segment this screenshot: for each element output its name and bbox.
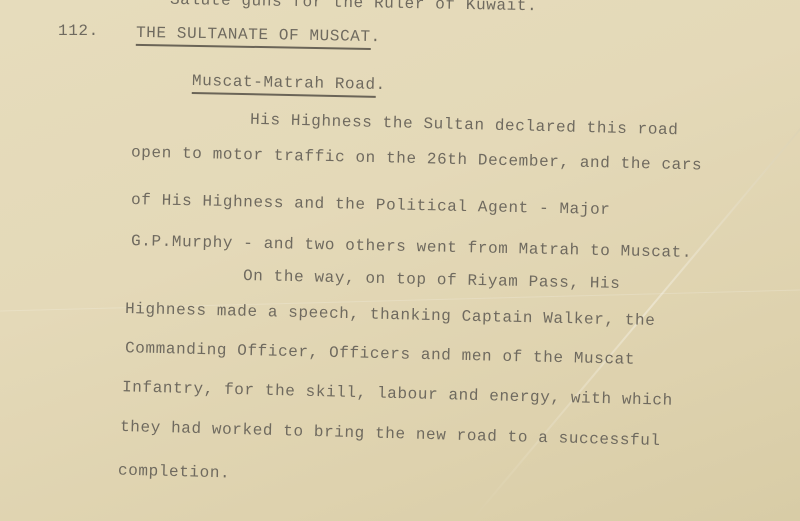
subheading: Muscat-Matrah Road. [192,72,386,94]
paragraph-2-line: Infantry, for the skill, labour and ener… [122,378,673,409]
previous-section-last-line: Salute guns for the Ruler of Kuwait. [170,0,538,15]
paragraph-1-line: open to motor traffic on the 26th Decemb… [131,144,703,175]
paragraph-2-line: they had worked to bring the new road to… [120,418,661,450]
section-heading-punct: . [370,28,381,46]
paragraph-2-line: Highness made a speech, thanking Captain… [125,300,656,330]
paragraph-2-line: completion. [118,462,231,483]
section-number: 112. [58,22,99,40]
subheading-punct: . [375,76,386,94]
typewritten-page: Salute guns for the Ruler of Kuwait. 112… [0,0,800,521]
paragraph-2-line: Commanding Officer, Officers and men of … [125,339,635,369]
section-heading: THE SULTANATE OF MUSCAT. [136,24,381,46]
paragraph-2-line: On the way, on top of Riyam Pass, His [243,267,621,293]
section-heading-text: THE SULTANATE OF MUSCAT [136,24,371,50]
subheading-text: Muscat-Matrah Road [192,72,376,98]
paragraph-1-line: His Highness the Sultan declared this ro… [250,111,679,139]
paragraph-1-line: G.P.Murphy - and two others went from Ma… [131,232,692,262]
paragraph-1-line: of His Highness and the Political Agent … [131,191,611,219]
